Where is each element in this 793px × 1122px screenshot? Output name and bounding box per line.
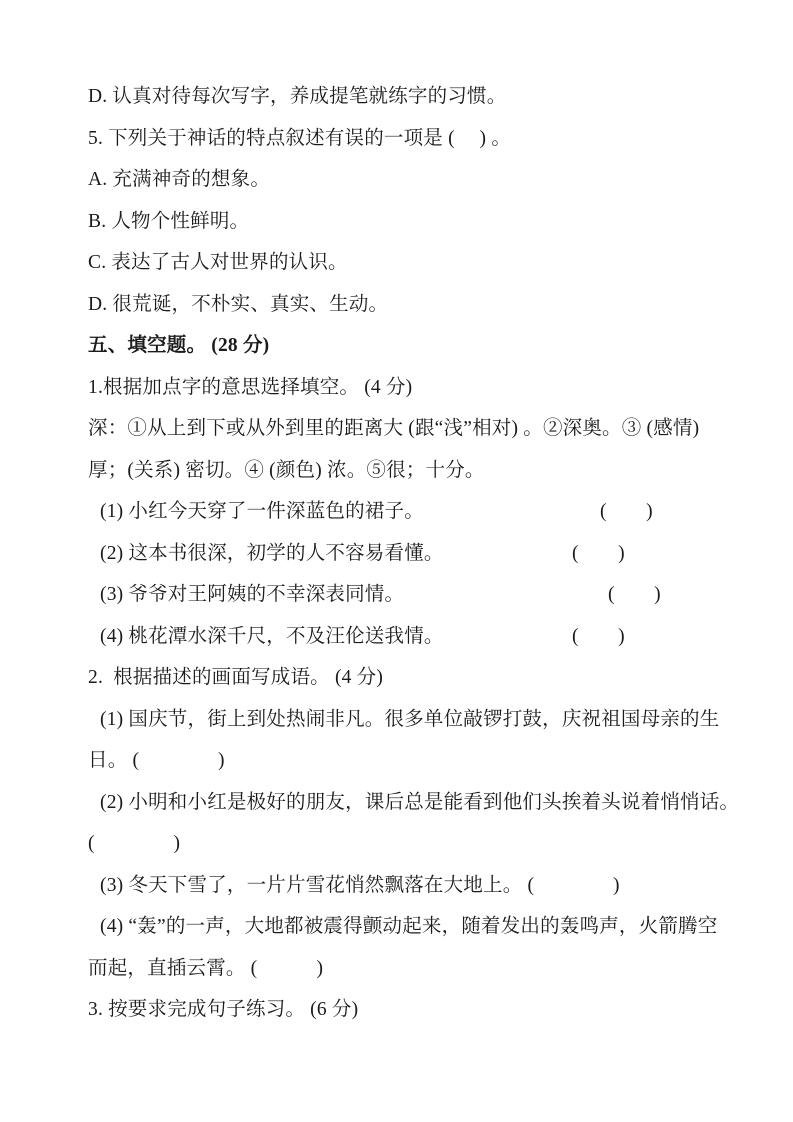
option-b-line: B. 人物个性鲜明。 [88,201,753,243]
q2-item-4-text: (4) “轰”的一声，大地都被震得颤动起来，随着发出的轰鸣声，火箭腾空 [100,916,717,937]
q1-item-1-line: (1) 小红今天穿了一件深蓝色的裙子。( ) [88,491,753,533]
q2-item-1-text: (1) 国庆节，街上到处热闹非凡。很多单位敲锣打鼓，庆祝祖国母亲的生 [100,709,719,730]
q1-item-2-line: (2) 这本书很深，初学的人不容易看懂。( ) [88,533,753,575]
q2-item-4-continuation: 而起，直插云霄。 ( ) [88,948,753,990]
definition-shen-continuation: 厚；(关系) 密切。④ (颜色) 浓。⑤很；十分。 [88,450,753,492]
question-3-line: 3. 按要求完成句子练习。 (6 分) [88,989,753,1031]
q2-item-2-answer-paren: ( ) [88,833,180,854]
q1-item-2-answer-paren: ( ) [572,533,625,575]
exam-page: D. 认真对待每次写字，养成提笔就练字的习惯。 5. 下列关于神话的特点叙述有误… [0,0,793,1122]
option-d2-text: D. 很荒诞，不朴实、真实、生动。 [88,294,388,315]
q1-item-3-answer-paren: ( ) [608,574,661,616]
option-d-line: D. 认真对待每次写字，养成提笔就练字的习惯。 [88,76,753,118]
q1-item-1-text: (1) 小红今天穿了一件深蓝色的裙子。 [100,501,424,522]
definition-shen-continuation-text: 厚；(关系) 密切。④ (颜色) 浓。⑤很；十分。 [88,460,485,481]
definition-shen-text: 深：①从上到下或从外到里的距离大 (跟“浅”相对) 。②深奥。③ (感情) [88,418,699,439]
q1-item-3-text: (3) 爷爷对王阿姨的不幸深表同情。 [100,584,404,605]
option-d-text: D. 认真对待每次写字，养成提笔就练字的习惯。 [88,86,506,107]
q2-item-2-line: (2) 小明和小红是极好的朋友，课后总是能看到他们头挨着头说着悄悄话。 [88,782,753,824]
q2-item-2-continuation: ( ) [88,823,753,865]
q2-item-3-text: (3) 冬天下雪了，一片片雪花悄然飘落在大地上。 ( ) [100,875,620,896]
question-1-text: 1.根据加点字的意思选择填空。 (4 分) [88,377,412,398]
q1-item-4-line: (4) 桃花潭水深千尺，不及汪伦送我情。( ) [88,616,753,658]
q2-item-4-continuation-text: 而起，直插云霄。 ( ) [88,958,323,979]
q2-item-4-line: (4) “轰”的一声，大地都被震得颤动起来，随着发出的轰鸣声，火箭腾空 [88,906,753,948]
q1-item-4-text: (4) 桃花潭水深千尺，不及汪伦送我情。 [100,626,444,647]
question-2-line: 2. 根据描述的画面写成语。 (4 分) [88,657,753,699]
section-5-heading: 五、填空题。 (28 分) [88,325,753,367]
option-d2-line: D. 很荒诞，不朴实、真实、生动。 [88,284,753,326]
q2-item-1-continuation: 日。 ( ) [88,740,753,782]
option-b-text: B. 人物个性鲜明。 [88,211,249,232]
question-3-text: 3. 按要求完成句子练习。 (6 分) [88,999,358,1020]
question-2-text: 2. 根据描述的画面写成语。 (4 分) [88,667,383,688]
q2-item-2-text: (2) 小明和小红是极好的朋友，课后总是能看到他们头挨着头说着悄悄话。 [100,792,739,813]
definition-shen-line: 深：①从上到下或从外到里的距离大 (跟“浅”相对) 。②深奥。③ (感情) [88,408,753,450]
q1-item-4-answer-paren: ( ) [572,616,625,658]
q1-item-3-line: (3) 爷爷对王阿姨的不幸深表同情。( ) [88,574,753,616]
question-5-line: 5. 下列关于神话的特点叙述有误的一项是 ( ) 。 [88,118,753,160]
question-5-text: 5. 下列关于神话的特点叙述有误的一项是 ( ) 。 [88,128,511,149]
section-5-heading-text: 五、填空题。 (28 分) [88,335,269,356]
q1-item-1-answer-paren: ( ) [600,491,653,533]
q2-item-1-continuation-text: 日。 ( ) [88,750,225,771]
question-1-line: 1.根据加点字的意思选择填空。 (4 分) [88,367,753,409]
q2-item-3-line: (3) 冬天下雪了，一片片雪花悄然飘落在大地上。 ( ) [88,865,753,907]
option-c-text: C. 表达了古人对世界的认识。 [88,252,348,273]
q2-item-1-line: (1) 国庆节，街上到处热闹非凡。很多单位敲锣打鼓，庆祝祖国母亲的生 [88,699,753,741]
option-a-line: A. 充满神奇的想象。 [88,159,753,201]
option-a-text: A. 充满神奇的想象。 [88,169,270,190]
q1-item-2-text: (2) 这本书很深，初学的人不容易看懂。 [100,543,444,564]
option-c-line: C. 表达了古人对世界的认识。 [88,242,753,284]
